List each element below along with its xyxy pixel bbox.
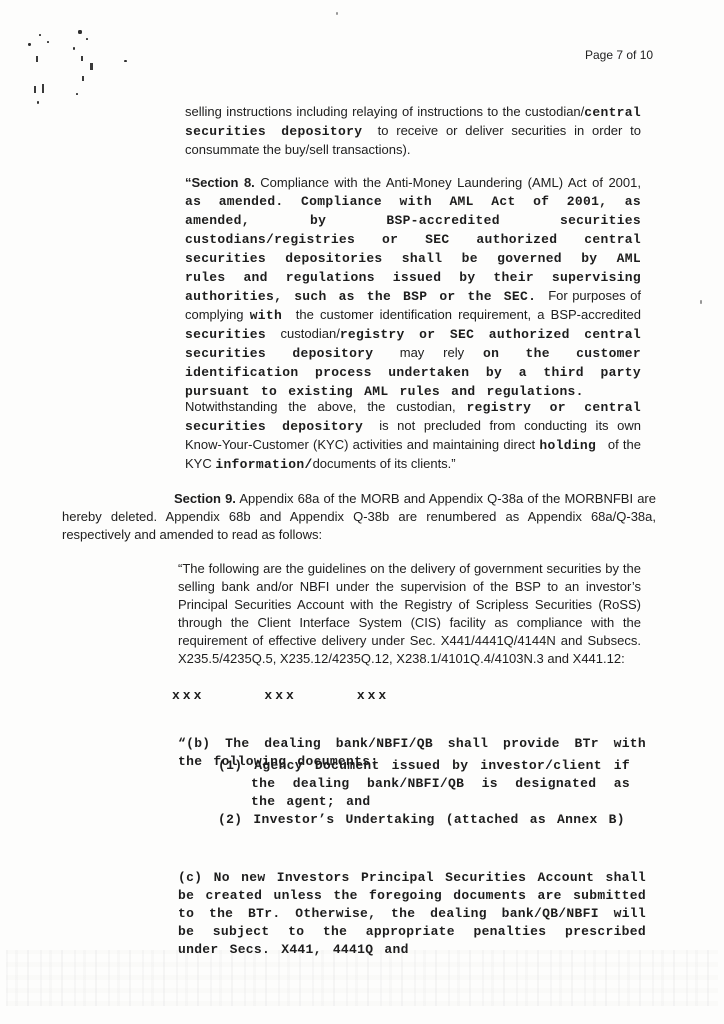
scan-mark — [36, 56, 38, 62]
text-run: Appendix 68a of the MORB and Appendix Q-… — [62, 491, 656, 542]
text-run-mono: with — [250, 308, 296, 323]
scan-mark — [81, 56, 83, 61]
scan-speck — [28, 43, 31, 46]
text-run-mono: securities — [185, 327, 281, 342]
text-run: Notwithstanding the above, the custodian… — [185, 399, 466, 414]
scan-speck — [78, 30, 82, 34]
text-run: “The following are the guidelines on the… — [178, 561, 641, 666]
scan-speck — [336, 12, 338, 15]
text-run: documents of its clients.” — [313, 456, 456, 471]
list-item: (1) Agency Document issued by investor/c… — [218, 757, 630, 811]
text-run: custodian/ — [281, 326, 340, 341]
scan-speck — [37, 101, 39, 104]
section-9-heading: Section 9. — [174, 491, 236, 506]
paragraph-guidelines: “The following are the guidelines on the… — [178, 560, 641, 668]
scan-speck — [124, 60, 127, 62]
scan-speck — [86, 38, 88, 40]
xxx-separator: xxxxxxxxx — [172, 687, 642, 705]
text-run-mono: information/ — [215, 457, 312, 472]
text-run-mono: (c) No new Investors Principal Securitie… — [178, 870, 646, 957]
scan-speck — [73, 47, 75, 50]
scan-speck — [700, 300, 702, 304]
xxx-mark: xxx — [357, 688, 389, 703]
scanned-document-page: Page 7 of 10 selling instructions includ… — [0, 0, 724, 1024]
scan-mark — [82, 76, 84, 81]
section-8-heading: “Section 8. — [185, 175, 255, 190]
text-run: the customer identification requirement,… — [296, 307, 641, 322]
paragraph-notwithstanding: Notwithstanding the above, the custodian… — [185, 398, 641, 474]
scan-mark — [90, 63, 93, 70]
xxx-mark: xxx — [264, 688, 296, 703]
paragraph-selling-instructions: selling instructions including relaying … — [185, 103, 641, 159]
scan-mark — [34, 86, 36, 93]
list-item: (2) Investor’s Undertaking (attached as … — [218, 811, 630, 829]
xxx-mark: xxx — [172, 688, 204, 703]
paragraph-section-8: “Section 8. Compliance with the Anti-Mon… — [185, 174, 641, 401]
scan-noise-band — [6, 950, 718, 1006]
paragraph-section-9: Section 9. Appendix 68a of the MORB and … — [62, 490, 656, 544]
text-run-mono: holding — [539, 438, 607, 453]
paragraph-item-c: (c) No new Investors Principal Securitie… — [178, 869, 646, 959]
scan-speck — [39, 34, 41, 36]
sub-list: (1) Agency Document issued by investor/c… — [218, 757, 630, 829]
text-run: selling instructions including relaying … — [185, 104, 584, 119]
scan-speck — [76, 93, 78, 95]
text-run: Compliance with the Anti-Money Launderin… — [255, 175, 641, 190]
scan-mark — [42, 84, 44, 93]
page-number: Page 7 of 10 — [585, 48, 653, 62]
scan-speck — [47, 41, 49, 43]
text-run: may rely — [400, 345, 483, 360]
